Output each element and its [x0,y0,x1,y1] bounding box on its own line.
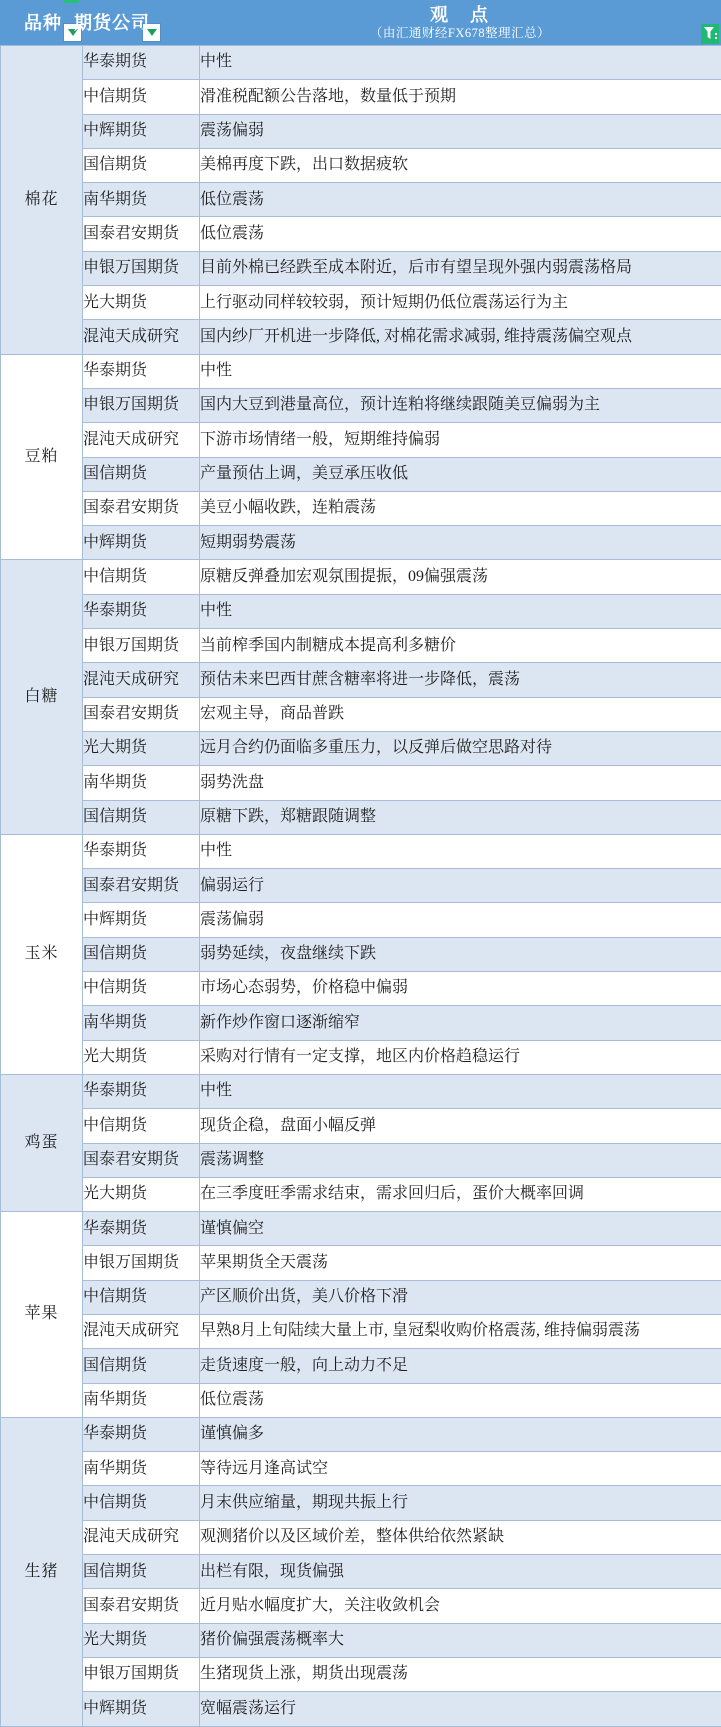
funnel-filter-icon[interactable] [701,24,719,44]
company-cell: 中辉期货 [83,526,200,560]
opinion-cell: 短期弱势震荡 [200,526,721,560]
company-cell: 申银万国期货 [83,1246,200,1280]
opinion-cell: 滑准税配额公告落地，数量低于预期 [200,80,721,114]
opinion-cell: 走货速度一般，向上动力不足 [200,1349,721,1383]
table-row: 华泰期货中性 [1,594,721,628]
opinion-cell: 弱势洗盘 [200,766,721,800]
company-cell: 国信期货 [83,937,200,971]
company-cell: 国泰君安期货 [83,697,200,731]
opinion-cell: 弱势延续，夜盘继续下跌 [200,937,721,971]
company-cell: 申银万国期货 [83,388,200,422]
company-cell: 光大期货 [83,1040,200,1074]
company-cell: 南华期货 [83,183,200,217]
opinion-cell: 产区顺价出货，美八价格下滑 [200,1280,721,1314]
company-cell: 国信期货 [83,457,200,491]
opinion-cell: 苹果期货全天震荡 [200,1246,721,1280]
variety-cell: 棉花 [1,46,83,355]
opinion-cell: 目前外棉已经跌至成本附近，后市有望呈现外强内弱震荡格局 [200,251,721,285]
table-row: 国信期货美棉再度下跌，出口数据疲软 [1,148,721,182]
table-row: 国泰君安期货震荡调整 [1,1143,721,1177]
opinion-cell: 采购对行情有一定支撑，地区内价格趋稳运行 [200,1040,721,1074]
company-cell: 中辉期货 [83,114,200,148]
table-row: 国信期货走货速度一般，向上动力不足 [1,1349,721,1383]
table-row: 中辉期货宽幅震荡运行 [1,1692,721,1727]
table-row: 棉花华泰期货中性 [1,46,721,80]
opinion-cell: 谨慎偏空 [200,1212,721,1246]
opinion-column-header: 观 点 [430,4,490,26]
company-cell: 申银万国期货 [83,251,200,285]
opinion-cell: 原糖反弹叠加宏观氛围提振，09偏强震荡 [200,560,721,594]
opinion-cell: 中性 [200,834,721,868]
selection-marker [64,0,79,3]
opinion-cell: 近月贴水幅度扩大，关注收敛机会 [200,1589,721,1623]
opinion-header-block: 观 点 （由汇通财经FX678整理汇总） [199,0,721,45]
company-cell: 华泰期货 [83,354,200,388]
table-row: 混沌天成研究国内纱厂开机进一步降低, 对棉花需求减弱, 维持震荡偏空观点 [1,320,721,354]
company-cell: 光大期货 [83,1623,200,1657]
opinion-cell: 宏观主导，商品普跌 [200,697,721,731]
opinion-cell: 国内纱厂开机进一步降低, 对棉花需求减弱, 维持震荡偏空观点 [200,320,721,354]
table-row: 生猪华泰期货谨慎偏多 [1,1417,721,1451]
company-cell: 中信期货 [83,1109,200,1143]
variety-cell: 苹果 [1,1212,83,1418]
table-row: 国泰君安期货偏弱运行 [1,869,721,903]
company-cell: 南华期货 [83,1006,200,1040]
opinion-cell: 早熟8月上旬陆续大量上市, 皇冠梨收购价格震荡, 维持偏弱震荡 [200,1314,721,1348]
company-cell: 申银万国期货 [83,1657,200,1691]
company-cell: 光大期货 [83,731,200,765]
company-cell: 混沌天成研究 [83,320,200,354]
company-cell: 中信期货 [83,1280,200,1314]
company-cell: 国泰君安期货 [83,217,200,251]
company-cell: 华泰期货 [83,46,200,80]
company-cell: 南华期货 [83,766,200,800]
table-row: 光大期货上行驱动同样较较弱，预计短期仍低位震荡运行为主 [1,286,721,320]
table-row: 玉米华泰期货中性 [1,834,721,868]
opinion-cell: 等待远月逢高试空 [200,1452,721,1486]
opinion-cell: 低位震荡 [200,1383,721,1417]
company-filter-dropdown[interactable] [143,24,160,41]
table-row: 光大期货在三季度旺季需求结束，需求回归后，蛋价大概率回调 [1,1177,721,1211]
table-row: 国信期货弱势延续，夜盘继续下跌 [1,937,721,971]
table-row: 申银万国期货苹果期货全天震荡 [1,1246,721,1280]
table-row: 中辉期货震荡偏弱 [1,114,721,148]
table-row: 南华期货低位震荡 [1,183,721,217]
company-cell: 光大期货 [83,1177,200,1211]
company-cell: 中信期货 [83,80,200,114]
table-row: 南华期货等待远月逢高试空 [1,1452,721,1486]
company-cell: 中信期货 [83,560,200,594]
table-row: 国信期货产量预估上调，美豆承压收低 [1,457,721,491]
opinion-cell: 下游市场情绪一般，短期维持偏弱 [200,423,721,457]
variety-cell: 豆粕 [1,354,83,560]
opinion-cell: 观测猪价以及区域价差，整体供给依然紧缺 [200,1520,721,1554]
opinion-cell: 上行驱动同样较较弱，预计短期仍低位震荡运行为主 [200,286,721,320]
opinion-cell: 在三季度旺季需求结束，需求回归后，蛋价大概率回调 [200,1177,721,1211]
opinion-cell: 月末供应缩量，期现共振上行 [200,1486,721,1520]
table-row: 豆粕华泰期货中性 [1,354,721,388]
table-row: 国信期货出栏有限，现货偏强 [1,1555,721,1589]
opinion-source-note: （由汇通财经FX678整理汇总） [370,26,550,41]
opinion-cell: 震荡调整 [200,1143,721,1177]
company-cell: 国信期货 [83,148,200,182]
company-cell: 中辉期货 [83,903,200,937]
table-row: 中辉期货短期弱势震荡 [1,526,721,560]
opinion-cell: 预估未来巴西甘蔗含糖率将进一步降低，震荡 [200,663,721,697]
table-row: 混沌天成研究下游市场情绪一般，短期维持偏弱 [1,423,721,457]
variety-cell: 白糖 [1,560,83,834]
opinion-cell: 新作炒作窗口逐渐缩窄 [200,1006,721,1040]
opinion-cell: 国内大豆到港量高位，预计连粕将继续跟随美豆偏弱为主 [200,388,721,422]
opinion-cell: 谨慎偏多 [200,1417,721,1451]
company-cell: 混沌天成研究 [83,1520,200,1554]
company-cell: 国信期货 [83,800,200,834]
table-row: 鸡蛋华泰期货中性 [1,1074,721,1108]
opinion-cell: 生猪现货上涨，期货出现震荡 [200,1657,721,1691]
variety-column-header: 品种 [24,9,62,35]
opinions-table: 棉花华泰期货中性中信期货滑准税配额公告落地，数量低于预期中辉期货震荡偏弱国信期货… [0,45,721,1727]
company-cell: 混沌天成研究 [83,423,200,457]
company-cell: 中信期货 [83,1486,200,1520]
variety-cell: 鸡蛋 [1,1074,83,1211]
company-cell: 国泰君安期货 [83,1143,200,1177]
company-cell: 国信期货 [83,1349,200,1383]
opinion-cell: 远月合约仍面临多重压力，以反弹后做空思路对待 [200,731,721,765]
company-cell: 混沌天成研究 [83,1314,200,1348]
table-row: 光大期货远月合约仍面临多重压力，以反弹后做空思路对待 [1,731,721,765]
company-cell: 国泰君安期货 [83,491,200,525]
table-row: 国泰君安期货低位震荡 [1,217,721,251]
opinion-cell: 宽幅震荡运行 [200,1692,721,1727]
table-row: 光大期货猪价偏强震荡概率大 [1,1623,721,1657]
table-row: 中信期货滑准税配额公告落地，数量低于预期 [1,80,721,114]
opinion-cell: 产量预估上调，美豆承压收低 [200,457,721,491]
company-cell: 国信期货 [83,1555,200,1589]
futures-opinions-page: 品种 期货公司 观 点 （由汇通财经FX678整理汇总） 棉花华泰期货中性中信期… [0,0,721,1727]
table-row: 苹果华泰期货谨慎偏空 [1,1212,721,1246]
table-row: 光大期货采购对行情有一定支撑，地区内价格趋稳运行 [1,1040,721,1074]
table-row: 南华期货低位震荡 [1,1383,721,1417]
opinion-cell: 市场心态弱势，价格稳中偏弱 [200,972,721,1006]
table-row: 混沌天成研究观测猪价以及区域价差，整体供给依然紧缺 [1,1520,721,1554]
company-cell: 华泰期货 [83,1074,200,1108]
opinion-cell: 震荡偏弱 [200,114,721,148]
table-row: 申银万国期货目前外棉已经跌至成本附近，后市有望呈现外强内弱震荡格局 [1,251,721,285]
opinion-cell: 震荡偏弱 [200,903,721,937]
opinion-cell: 偏弱运行 [200,869,721,903]
table-header: 品种 期货公司 观 点 （由汇通财经FX678整理汇总） [0,0,721,45]
company-cell: 中信期货 [83,972,200,1006]
opinion-cell: 当前榨季国内制糖成本提高利多糖价 [200,629,721,663]
company-cell: 国泰君安期货 [83,869,200,903]
opinion-cell: 原糖下跌，郑糖跟随调整 [200,800,721,834]
table-row: 国泰君安期货宏观主导，商品普跌 [1,697,721,731]
table-row: 白糖中信期货原糖反弹叠加宏观氛围提振，09偏强震荡 [1,560,721,594]
opinion-cell: 猪价偏强震荡概率大 [200,1623,721,1657]
table-row: 国泰君安期货近月贴水幅度扩大，关注收敛机会 [1,1589,721,1623]
table-row: 中信期货产区顺价出货，美八价格下滑 [1,1280,721,1314]
opinion-cell: 中性 [200,46,721,80]
variety-cell: 玉米 [1,834,83,1074]
table-row: 申银万国期货当前榨季国内制糖成本提高利多糖价 [1,629,721,663]
chevron-down-icon [147,29,157,36]
company-cell: 中辉期货 [83,1692,200,1727]
opinion-cell: 美豆小幅收跌，连粕震荡 [200,491,721,525]
company-cell: 申银万国期货 [83,629,200,663]
opinion-cell: 现货企稳，盘面小幅反弹 [200,1109,721,1143]
opinion-cell: 中性 [200,354,721,388]
table-row: 中信期货现货企稳，盘面小幅反弹 [1,1109,721,1143]
company-cell: 华泰期货 [83,1212,200,1246]
table-row: 混沌天成研究早熟8月上旬陆续大量上市, 皇冠梨收购价格震荡, 维持偏弱震荡 [1,1314,721,1348]
table-row: 中信期货市场心态弱势，价格稳中偏弱 [1,972,721,1006]
company-column-header: 期货公司 [74,9,150,35]
company-cell: 南华期货 [83,1383,200,1417]
company-cell: 华泰期货 [83,834,200,868]
opinion-cell: 出栏有限，现货偏强 [200,1555,721,1589]
opinion-cell: 中性 [200,1074,721,1108]
opinion-cell: 美棉再度下跌，出口数据疲软 [200,148,721,182]
table-row: 中辉期货震荡偏弱 [1,903,721,937]
table-row: 国泰君安期货美豆小幅收跌，连粕震荡 [1,491,721,525]
table-row: 中信期货月末供应缩量，期现共振上行 [1,1486,721,1520]
table-row: 混沌天成研究预估未来巴西甘蔗含糖率将进一步降低，震荡 [1,663,721,697]
table-row: 南华期货弱势洗盘 [1,766,721,800]
company-cell: 混沌天成研究 [83,663,200,697]
table-row: 国信期货原糖下跌，郑糖跟随调整 [1,800,721,834]
company-cell: 华泰期货 [83,1417,200,1451]
company-cell: 国泰君安期货 [83,1589,200,1623]
table-row: 南华期货新作炒作窗口逐渐缩窄 [1,1006,721,1040]
opinion-cell: 中性 [200,594,721,628]
company-cell: 光大期货 [83,286,200,320]
table-row: 申银万国期货国内大豆到港量高位，预计连粕将继续跟随美豆偏弱为主 [1,388,721,422]
company-cell: 南华期货 [83,1452,200,1486]
variety-cell: 生猪 [1,1417,83,1726]
company-cell: 华泰期货 [83,594,200,628]
opinion-cell: 低位震荡 [200,183,721,217]
opinion-cell: 低位震荡 [200,217,721,251]
table-row: 申银万国期货生猪现货上涨，期货出现震荡 [1,1657,721,1691]
